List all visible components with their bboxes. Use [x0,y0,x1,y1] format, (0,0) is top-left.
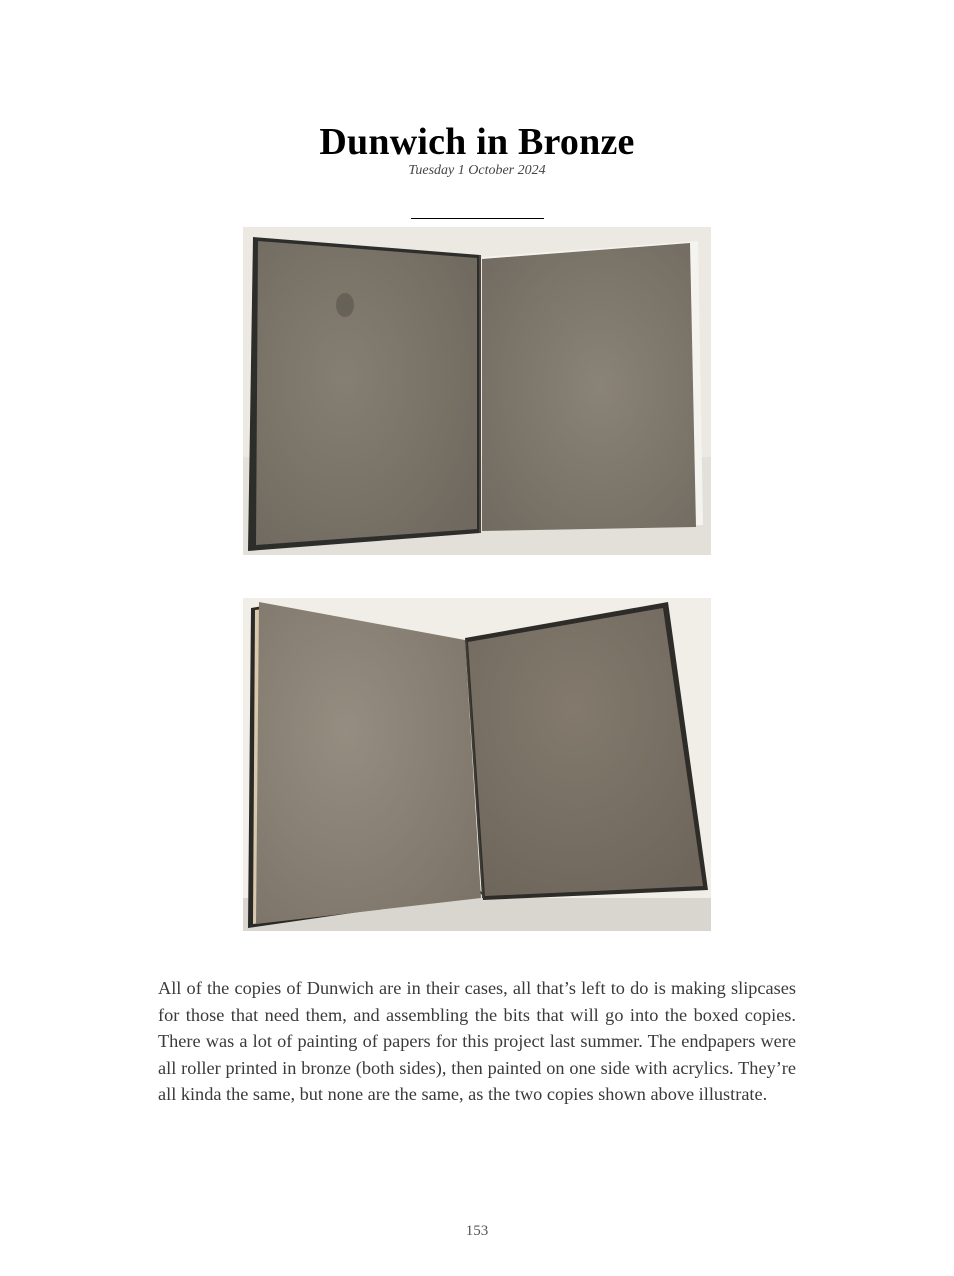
photo-open-book-2 [243,598,711,931]
title-divider [411,218,544,219]
post-date: Tuesday 1 October 2024 [0,163,954,179]
page-title: Dunwich in Bronze [0,120,954,164]
page-number: 153 [0,1223,954,1240]
book-photo-illustration [243,598,711,931]
body-paragraph: All of the copies of Dunwich are in thei… [158,975,796,1108]
book-photo-illustration [243,227,711,555]
photo-open-book-1 [243,227,711,555]
